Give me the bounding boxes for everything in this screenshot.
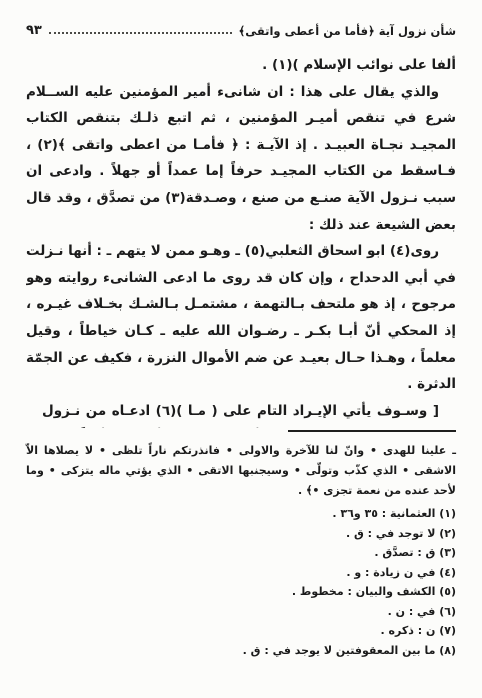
footnote-item: (٦) في : ن . <box>26 602 456 622</box>
footnote-item: (٣) ق : تصدَّق . <box>26 543 456 563</box>
footnote-item: (١) العثمانية : ٣٥ و٣٦ . <box>26 504 456 524</box>
footnote-separator-rule <box>288 430 456 432</box>
footnote-item: (٥) الكشف والبيان : مخطوط . <box>26 582 456 602</box>
page-number: ٩٣ <box>26 24 42 38</box>
footnote-item: (٤) في ن زيادة : و . <box>26 563 456 583</box>
footnote-item: (٢) لا توجد في : ق . <box>26 524 456 544</box>
footnote-continuation-quote: ـ علينا للهدى • وانّ لنا للآخرة والاولى … <box>26 441 456 501</box>
footnote-item: (٧) ن : ذكره . <box>26 621 456 641</box>
paragraph-continuation: ألفا على نوائب الإسلام )(١) . <box>26 52 456 79</box>
footnote-section: ـ علينا للهدى • وانّ لنا للآخرة والاولى … <box>26 430 456 660</box>
main-text-block: ألفا على نوائب الإسلام )(١) . والذي يقال… <box>26 52 456 428</box>
footnote-list: (١) العثمانية : ٣٥ و٣٦ . (٢) لا توجد في … <box>26 504 456 660</box>
footnote-item: (٨) ما بين المعقوفتين لا يوجد في : ق . <box>26 641 456 661</box>
running-title: شأن نزول آية ﴿فأما من أعطى واتقى﴾ <box>239 24 456 38</box>
book-page: شأن نزول آية ﴿فأما من أعطى واتقى﴾ ٩٣ ألف… <box>0 0 482 698</box>
paragraph: والذي يقال على هذا : ان شانىء أمير المؤم… <box>26 79 456 239</box>
paragraph-bracketed-note: [ وسـوف يأتي الإيـراد التام على ( مـا )(… <box>26 398 456 428</box>
dotted-leader <box>49 31 232 34</box>
page-header: شأن نزول آية ﴿فأما من أعطى واتقى﴾ ٩٣ <box>26 20 456 38</box>
paragraph: روى(٤) ابو اسحاق الثعلبي(٥) ـ وهـو ممن ل… <box>26 238 456 398</box>
